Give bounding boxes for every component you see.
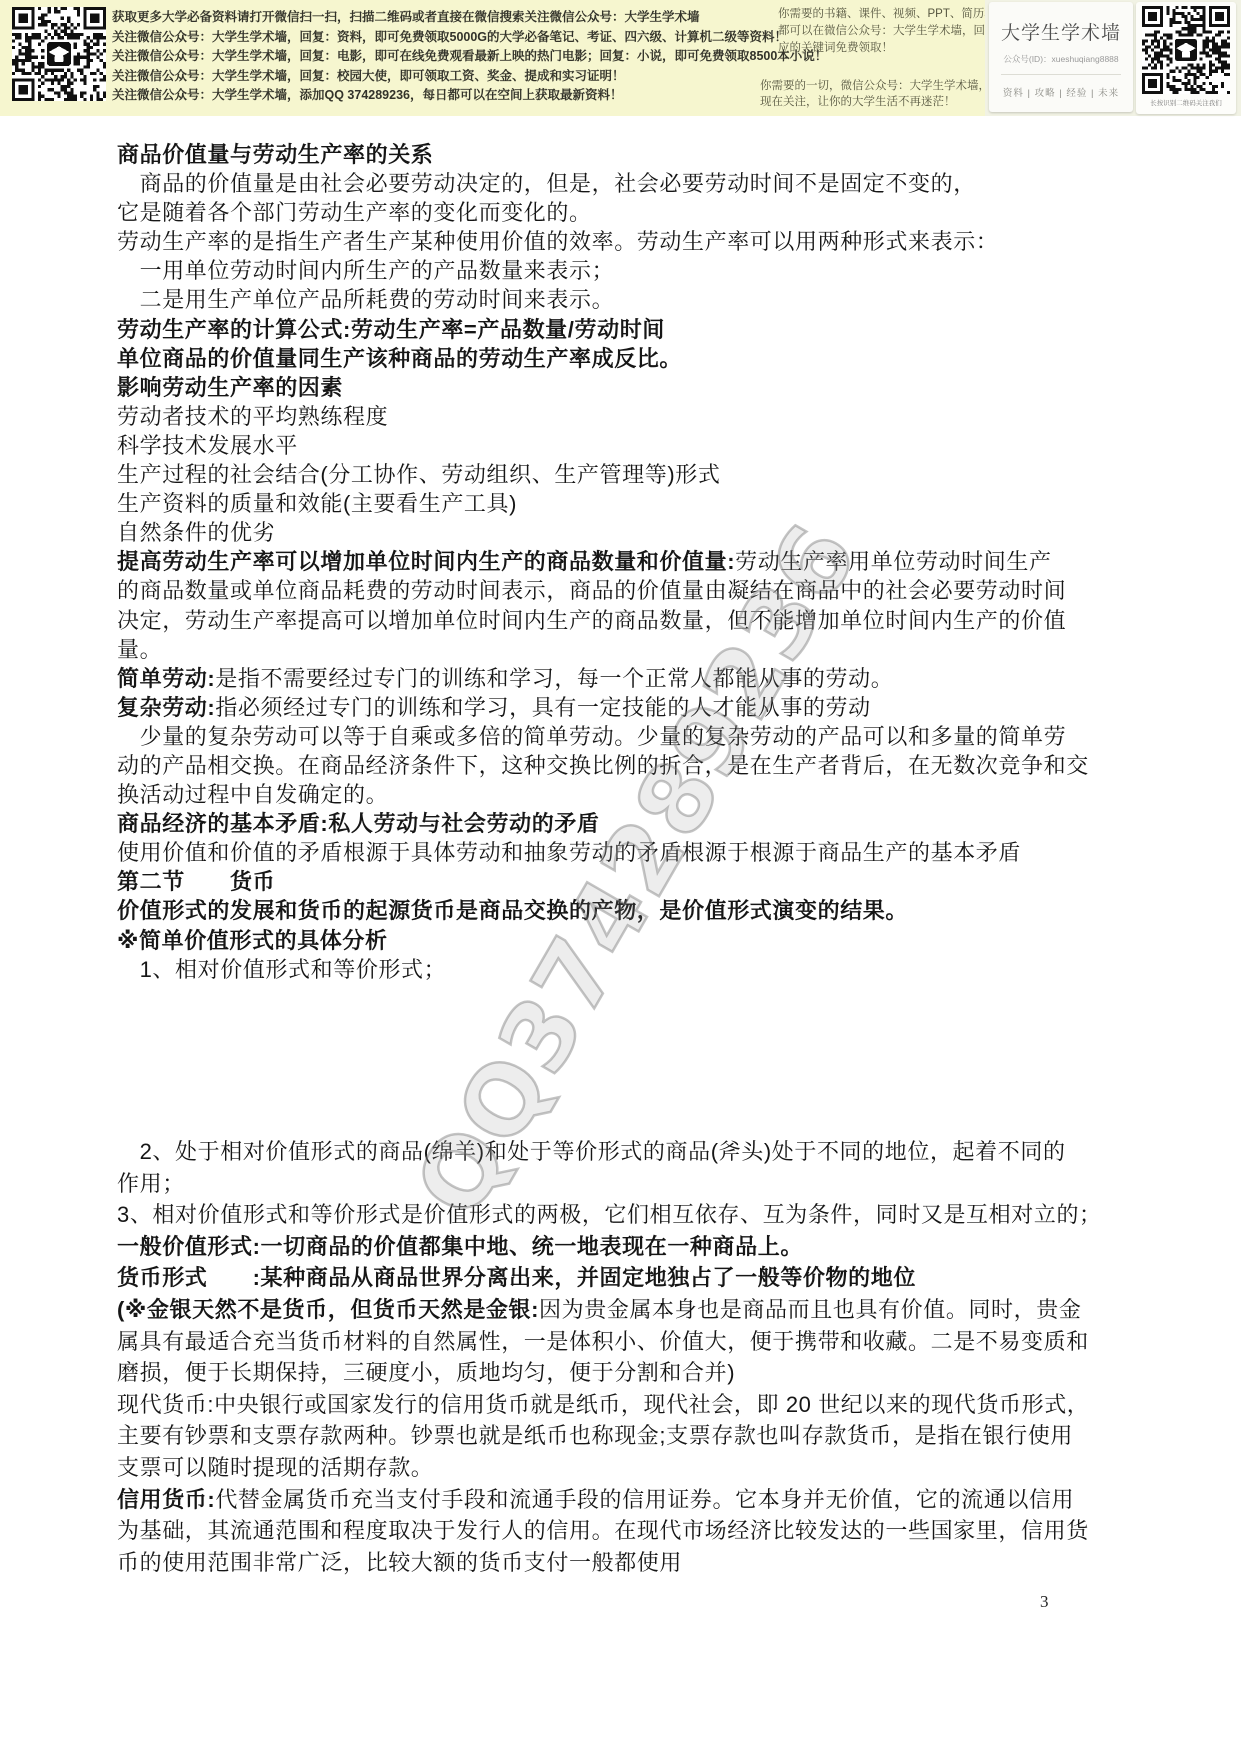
text-line: 单位商品的价值量同生产该种商品的劳动生产率成反比。 [117, 344, 1187, 373]
text-line: 影响劳动生产率的因素 [117, 373, 1187, 402]
text-line: 简单劳动:是指不需要经过专门的训练和学习，每一个正常人都能从事的劳动。 [117, 664, 1187, 693]
text-line: 复杂劳动:指必须经过专门的训练和学习，具有一定技能的人才能从事的劳动 [117, 693, 1187, 722]
text-line: ※简单价值形式的具体分析 [117, 926, 1187, 955]
account-tags: 资料 | 攻略 | 经验 | 未来 [989, 85, 1133, 99]
text-line: 自然条件的优劣 [117, 518, 1187, 547]
text-line: 使用价值和价值的矛盾根源于具体劳动和抽象劳动的矛盾根源于根源于商品生产的基本矛盾 [117, 838, 1187, 867]
promo-note-top: 你需要的书籍、课件、视频、PPT、简历模板都可以在微信公众号：大学生学术墙，回复… [778, 6, 988, 57]
text-line: 的商品数量或单位商品耗费的劳动时间表示，商品的价值量由凝结在商品中的社会必要劳动… [117, 576, 1187, 605]
account-name: 大学生学术墙 [989, 18, 1133, 45]
follow-qr-card: 长按识别二维码关注我们 [1136, 2, 1236, 114]
text-line: 商品经济的基本矛盾:私人劳动与社会劳动的矛盾 [117, 809, 1187, 838]
text-line: 少量的复杂劳动可以等于自乘或多倍的简单劳动。少量的复杂劳动的产品可以和多量的简单… [117, 722, 1187, 751]
text-line: 换活动过程中自发确定的。 [117, 780, 1187, 809]
text-line: 现在关注，让你的大学生活不再迷茫！ [760, 94, 995, 110]
text-line: 应的关键词免费领取！ [778, 40, 988, 57]
text-line: 二是用生产单位产品所耗费的劳动时间来表示。 [117, 285, 1187, 314]
text-line: 价值形式的发展和货币的起源货币是商品交换的产物，是价值形式演变的结果。 [117, 896, 1187, 925]
text-line: 一用单位劳动时间内所生产的产品数量来表示； [117, 256, 1187, 285]
text-line: 决定，劳动生产率提高可以增加单位时间内生产的商品数量，但不能增加单位时间内生产的… [117, 606, 1187, 635]
text-line: 生产过程的社会结合(分工协作、劳动组织、生产管理等)形式 [117, 460, 1187, 489]
document-body-top: 商品价值量与劳动生产率的关系 商品的价值量是由社会必要劳动决定的，但是，社会必要… [117, 140, 1187, 984]
wechat-qr-code-icon [12, 7, 106, 101]
text-line: 劳动者技术的平均熟练程度 [117, 402, 1187, 431]
text-line: 劳动生产率的是指生产者生产某种使用价值的效率。劳动生产率可以用两种形式来表示： [117, 227, 1187, 256]
text-line: 主要有钞票和支票存款两种。钞票也就是纸币也称现金;支票存款也叫存款货币，是指在银… [117, 1420, 1187, 1452]
text-line: 科学技术发展水平 [117, 431, 1187, 460]
text-line: 商品的价值量是由社会必要劳动决定的，但是，社会必要劳动时间不是固定不变的， [117, 169, 1187, 198]
divider [1001, 74, 1121, 75]
text-line: 动的产品相交换。在商品经济条件下，这种交换比例的折合，是在生产者背后，在无数次竞… [117, 751, 1187, 780]
text-line: 第二节 货币 [117, 867, 1187, 896]
qr-caption: 长按识别二维码关注我们 [1136, 98, 1236, 107]
text-line: 商品价值量与劳动生产率的关系 [117, 140, 1187, 169]
banner-right-panel: 大学生学术墙 公众号(ID)：xueshuqiang8888 资料 | 攻略 |… [985, 0, 1241, 116]
text-line: 1、相对价值形式和等价形式； [117, 955, 1187, 984]
text-line: 为基础，其流通范围和程度取决于发行人的信用。在现代市场经济比较发达的一些国家里，… [117, 1515, 1187, 1547]
text-line: (※金银天然不是货币，但货币天然是金银:因为贵金属本身也是商品而且也具有价值。同… [117, 1294, 1187, 1326]
text-line: 生产资料的质量和效能(主要看生产工具) [117, 489, 1187, 518]
text-line: 提高劳动生产率可以增加单位时间内生产的商品数量和价值量:劳动生产率用单位劳动时间… [117, 547, 1187, 576]
text-line: 支票可以随时提现的活期存款。 [117, 1452, 1187, 1484]
document-page: 获取更多大学必备资料请打开微信扫一扫，扫描二维码或者直接在微信搜索关注微信公众号… [0, 0, 1241, 1754]
document-body-bottom: 2、处于相对价值形式的商品(绵羊)和处于等价形式的商品(斧头)处于不同的地位，起… [117, 1136, 1187, 1578]
text-line: 币的使用范围非常广泛，比较大额的货币支付一般都使用 [117, 1547, 1187, 1579]
text-line: 信用货币:代替金属货币充当支付手段和流通手段的信用证券。它本身并无价值，它的流通… [117, 1484, 1187, 1516]
text-line: 劳动生产率的计算公式:劳动生产率=产品数量/劳动时间 [117, 315, 1187, 344]
text-line: 作用； [117, 1168, 1187, 1200]
account-card: 大学生学术墙 公众号(ID)：xueshuqiang8888 资料 | 攻略 |… [989, 2, 1133, 112]
text-line: 它是随着各个部门劳动生产率的变化而变化的。 [117, 198, 1187, 227]
text-line: 货币形式 :某种商品从商品世界分离出来，并固定地独占了一般等价物的地位 [117, 1262, 1187, 1294]
text-line: 都可以在微信公众号：大学生学术墙，回复相 [778, 23, 988, 40]
text-line: 你需要的书籍、课件、视频、PPT、简历模板 [778, 6, 988, 23]
page-number: 3 [1040, 1592, 1049, 1612]
text-line: 3、相对价值形式和等价形式是价值形式的两极，它们相互依存、互为条件，同时又是互相… [117, 1199, 1187, 1231]
text-line: 你需要的一切，微信公众号：大学生学术墙，都有！ [760, 78, 995, 94]
text-line: 现代货币:中央银行或国家发行的信用货币就是纸币，现代社会，即 20 世纪以来的现… [117, 1389, 1187, 1421]
text-line: 量。 [117, 635, 1187, 664]
follow-qr-code-icon [1142, 6, 1230, 94]
text-line: 一般价值形式:一切商品的价值都集中地、统一地表现在一种商品上。 [117, 1231, 1187, 1263]
text-line: 磨损，便于长期保持，三硬度小，质地均匀，便于分割和合并) [117, 1357, 1187, 1389]
text-line: 2、处于相对价值形式的商品(绵羊)和处于等价形式的商品(斧头)处于不同的地位，起… [117, 1136, 1187, 1168]
text-line: 属具有最适合充当货币材料的自然属性，一是体积小、价值大，便于携带和收藏。二是不易… [117, 1326, 1187, 1358]
header-banner: 获取更多大学必备资料请打开微信扫一扫，扫描二维码或者直接在微信搜索关注微信公众号… [0, 0, 1241, 116]
promo-note-bottom: 你需要的一切，微信公众号：大学生学术墙，都有！现在关注，让你的大学生活不再迷茫！ [760, 78, 995, 110]
account-id: 公众号(ID)：xueshuqiang8888 [989, 53, 1133, 65]
